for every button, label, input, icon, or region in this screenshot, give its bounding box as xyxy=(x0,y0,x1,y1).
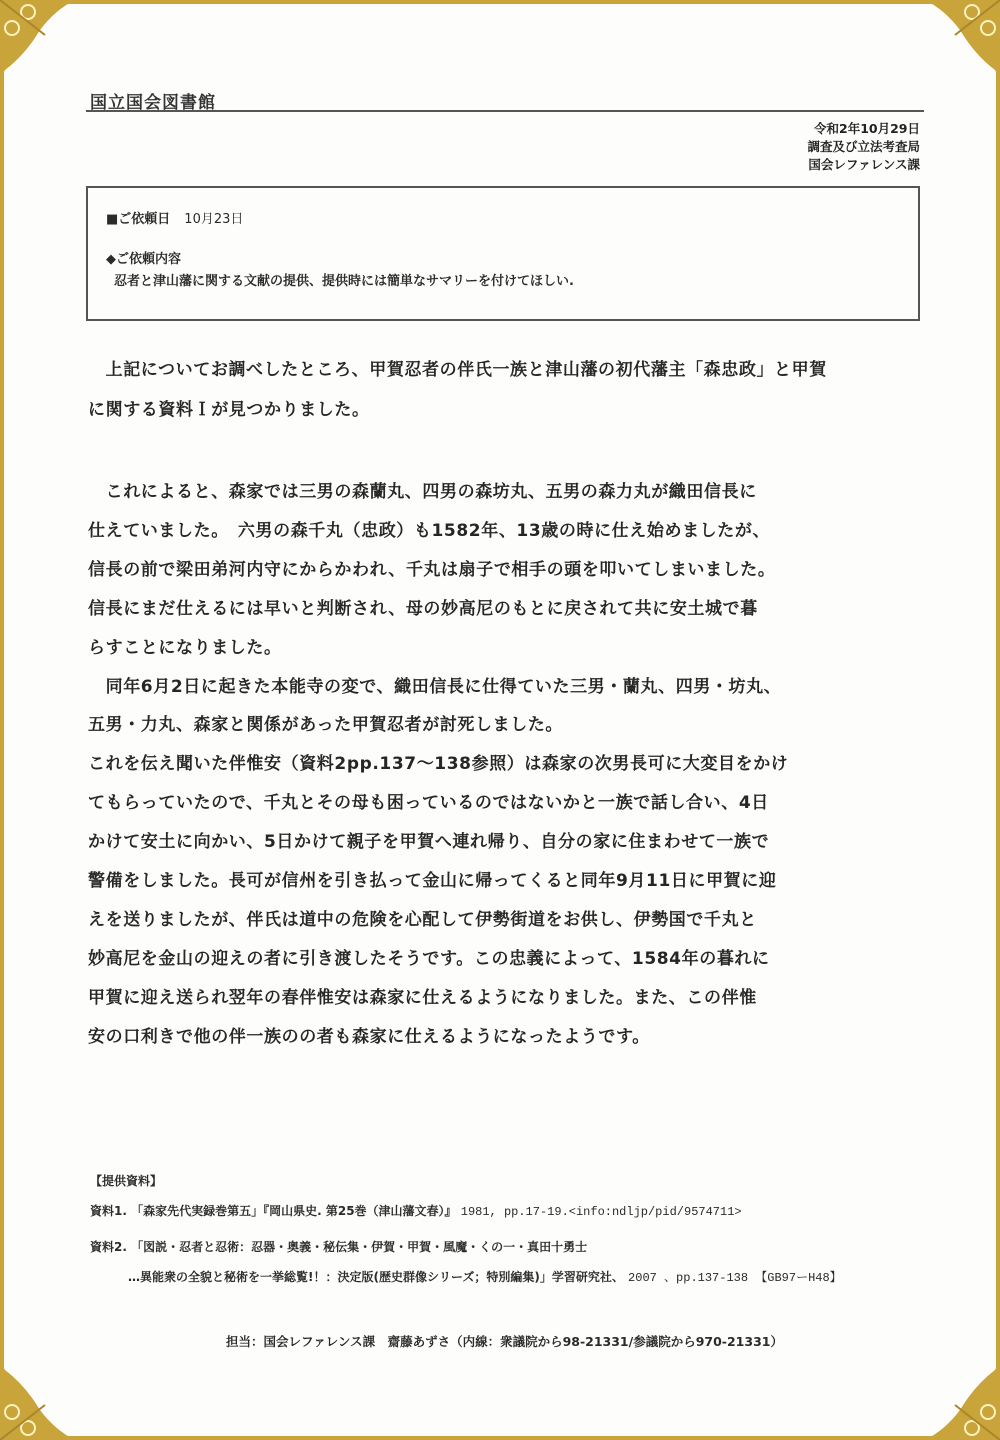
document-date: 令和2年10月29日 xyxy=(807,120,920,138)
ornament-corner-icon xyxy=(910,0,1000,80)
body-line: えを送りましたが、伴氏は道中の危険を心配して伊勢街道をお供し、伊勢国で千丸と xyxy=(88,901,948,940)
frame-border-top xyxy=(0,0,1000,4)
body-line: らすことになりました。 xyxy=(88,629,948,668)
reference-details: 1981, pp.17-19.<info:ndljp/pid/9574711> xyxy=(461,1205,742,1219)
body-line: 妙高尼を金山の迎えの者に引き渡したそうです。この忠義によって、1584年の暮れに xyxy=(88,940,948,979)
body-line: これによると、森家では三男の森蘭丸、四男の森坊丸、五男の森力丸が織田信長に xyxy=(88,473,948,512)
request-date-label: ■ご依頼日 xyxy=(106,212,170,227)
reference-details: 2007 、pp.137-138 【GB97ーH48】 xyxy=(628,1271,842,1285)
body-line: 安の口利きで他の伴一族のの者も森家に仕えるようになったようです。 xyxy=(88,1018,948,1057)
frame-border-right xyxy=(996,0,1000,1440)
request-content-label: ◆ご依頼内容 xyxy=(106,248,181,267)
ornament-corner-icon xyxy=(0,1360,90,1440)
reference-item-1: 資料1. 「森家先代実録巻第五」『岡山県史. 第25巻（津山藩文春）』 1981… xyxy=(90,1202,742,1219)
body-line: 信長の前で梁田弟河内守にからかわれ、千丸は扇子で相手の頭を叩いてしまいました。 xyxy=(88,551,948,590)
ornament-corner-icon xyxy=(910,1360,1000,1440)
request-box: ■ご依頼日10月23日 ◆ご依頼内容 忍者と津山藩に関する文献の提供、提供時には… xyxy=(86,186,920,321)
body-line: 同年6月2日に起きた本能寺の変で、織田信長に仕得ていた三男・蘭丸、四男・坊丸、 xyxy=(88,668,948,707)
body-line: てもらっていたので、千丸とその母も困っているのではないかと一族で話し合い、4日 xyxy=(88,784,948,823)
header-divider xyxy=(86,110,924,112)
reference-label: 資料2. xyxy=(90,1240,127,1254)
reference-label: 資料1. xyxy=(90,1204,127,1218)
frame-border-left xyxy=(0,0,4,1440)
body-line: かけて安土に向かい、5日かけて親子を甲賀へ連れ帰り、自分の家に住まわせて一族で xyxy=(88,823,948,862)
document-meta: 令和2年10月29日 調査及び立法考査局 国会レファレンス課 xyxy=(807,120,920,174)
body-line: 五男・力丸、森家と関係があった甲賀忍者が討死しました。 xyxy=(88,706,948,745)
references-title: 【提供資料】 xyxy=(90,1172,162,1189)
reference-title: 「図説・忍者と忍術：忍器・奥義・秘伝集・伊賀・甲賀・風魔・くの一・真田十勇士 xyxy=(131,1240,587,1254)
frame-border-bottom xyxy=(0,1436,1000,1440)
section: 国会レファレンス課 xyxy=(807,156,920,174)
body-line: 仕えていました。 六男の森千丸（忠政）も1582年、13歳の時に仕え始めましたが… xyxy=(88,512,948,551)
reference-item-2: 資料2. 「図説・忍者と忍術：忍器・奥義・秘伝集・伊賀・甲賀・風魔・くの一・真田… xyxy=(90,1238,587,1255)
body-line: 甲賀に迎え送られ翌年の春伴惟安は森家に仕えるようになりました。また、この伴惟 xyxy=(88,979,948,1018)
body-line: 信長にまだ仕えるには早いと判断され、母の妙高尼のもとに戻されて共に安土城で暮 xyxy=(88,590,948,629)
reference-title-cont: …異能衆の全貌と秘術を一挙総覧!！：決定版(歴史群像シリーズ；特別編集)」学習研… xyxy=(128,1270,624,1284)
reference-item-2-cont: …異能衆の全貌と秘術を一挙総覧!！：決定版(歴史群像シリーズ；特別編集)」学習研… xyxy=(128,1268,842,1285)
request-date-value: 10月23日 xyxy=(184,212,243,227)
intro-line: 上記についてお調べしたところ、甲賀忍者の伴氏一族と津山藩の初代藩主「森忠政」と甲… xyxy=(88,350,948,390)
contact-info: 担当：国会レファレンス課 齋藤あずさ（内線：衆議院から98-21331/参議院か… xyxy=(226,1332,783,1350)
body-line: 警備をしました。長可が信州を引き払って金山に帰ってくると同年9月11日に甲賀に迎 xyxy=(88,862,948,901)
request-date: ■ご依頼日10月23日 xyxy=(106,208,243,227)
main-paragraph: これによると、森家では三男の森蘭丸、四男の森坊丸、五男の森力丸が織田信長に 仕え… xyxy=(88,473,948,1057)
department: 調査及び立法考査局 xyxy=(807,138,920,156)
request-content: 忍者と津山藩に関する文献の提供、提供時には簡単なサマリーを付けてほしい. xyxy=(114,270,574,289)
intro-line: に関する資料Ｉが見つかりました。 xyxy=(88,390,948,430)
body-line: これを伝え聞いた伴惟安（資料2pp.137～138参照）は森家の次男長可に大変目… xyxy=(88,745,948,784)
reference-title: 「森家先代実録巻第五」『岡山県史. 第25巻（津山藩文春）』 xyxy=(131,1204,456,1218)
ornament-corner-icon xyxy=(0,0,90,80)
intro-paragraph: 上記についてお調べしたところ、甲賀忍者の伴氏一族と津山藩の初代藩主「森忠政」と甲… xyxy=(88,350,948,430)
